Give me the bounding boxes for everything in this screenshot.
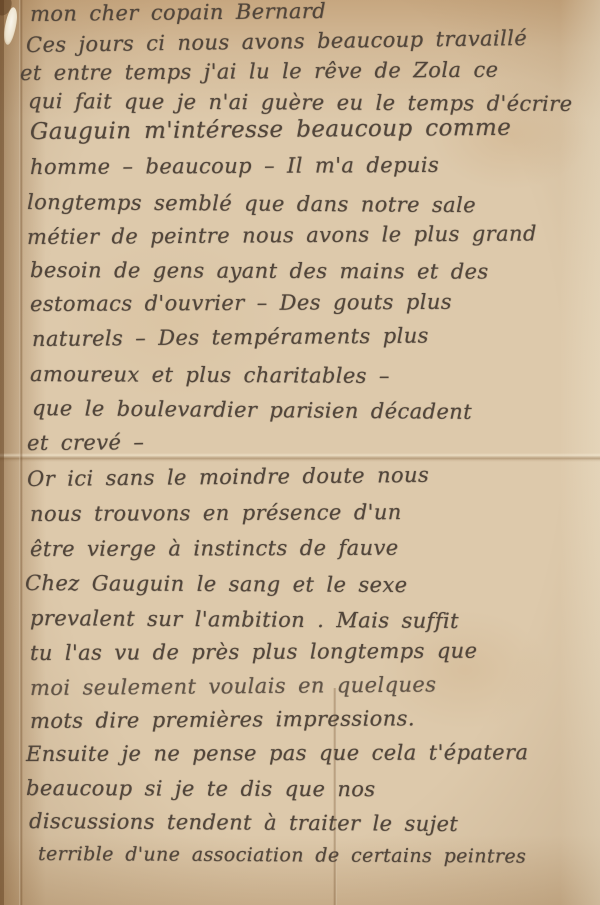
fold-crease-left xyxy=(19,0,23,905)
handwriting-line: estomacs d'ouvrier – Des gouts plus xyxy=(30,290,452,316)
handwriting-line: Ces jours ci nous avons beaucoup travail… xyxy=(26,26,527,57)
handwriting-line: et entre temps j'ai lu le rêve de Zola c… xyxy=(20,58,499,85)
handwriting-line: besoin de gens ayant des mains et des xyxy=(30,258,489,284)
handwriting-line: tu l'as vu de près plus longtemps que xyxy=(30,639,478,665)
handwriting-line: et crevé – xyxy=(27,430,144,455)
letter-page: mon cher copain Bernard Ces jours ci nou… xyxy=(0,0,600,905)
handwriting-line: mots dire premières impressions. xyxy=(30,706,415,733)
handwriting-line: Gauguin m'intéresse beaucoup comme xyxy=(30,115,511,145)
handwriting-line: discussions tendent à traiter le sujet xyxy=(29,809,458,836)
handwriting-line: moi seulement voulais en quelques xyxy=(30,672,437,700)
handwriting-line: qui fait que je n'ai guère eu le temps d… xyxy=(28,89,573,116)
paper-tear xyxy=(2,6,19,45)
handwriting-line: Chez Gauguin le sang et le sexe xyxy=(25,571,408,597)
handwriting-line: homme – beaucoup – Il m'a depuis xyxy=(30,153,439,179)
handwriting-line: naturels – Des tempéraments plus xyxy=(32,324,429,351)
handwriting-line: être vierge à instincts de fauve xyxy=(30,536,399,561)
paper-notch xyxy=(0,0,15,18)
paper-shade-right xyxy=(560,0,600,905)
handwriting-line: prevalent sur l'ambition . Mais suffit xyxy=(30,606,459,633)
handwriting-line: terrible d'une association de certains p… xyxy=(38,843,526,868)
handwriting-line: Ensuite je ne pense pas que cela t'épate… xyxy=(26,740,528,766)
handwriting-line: amoureux et plus charitables – xyxy=(30,362,390,388)
handwriting-line: nous trouvons en présence d'un xyxy=(30,500,402,526)
handwriting-line: beaucoup si je te dis que nos xyxy=(26,776,376,801)
handwriting-line: mon cher copain Bernard xyxy=(30,0,326,26)
paper-edge-left xyxy=(0,0,4,905)
handwriting-line: longtemps semblé que dans notre sale xyxy=(27,190,476,217)
handwriting-line: Or ici sans le moindre doute nous xyxy=(27,463,429,491)
handwriting-line: que le boulevardier parisien décadent xyxy=(32,396,472,424)
handwriting-line: métier de peintre nous avons le plus gra… xyxy=(27,221,537,249)
